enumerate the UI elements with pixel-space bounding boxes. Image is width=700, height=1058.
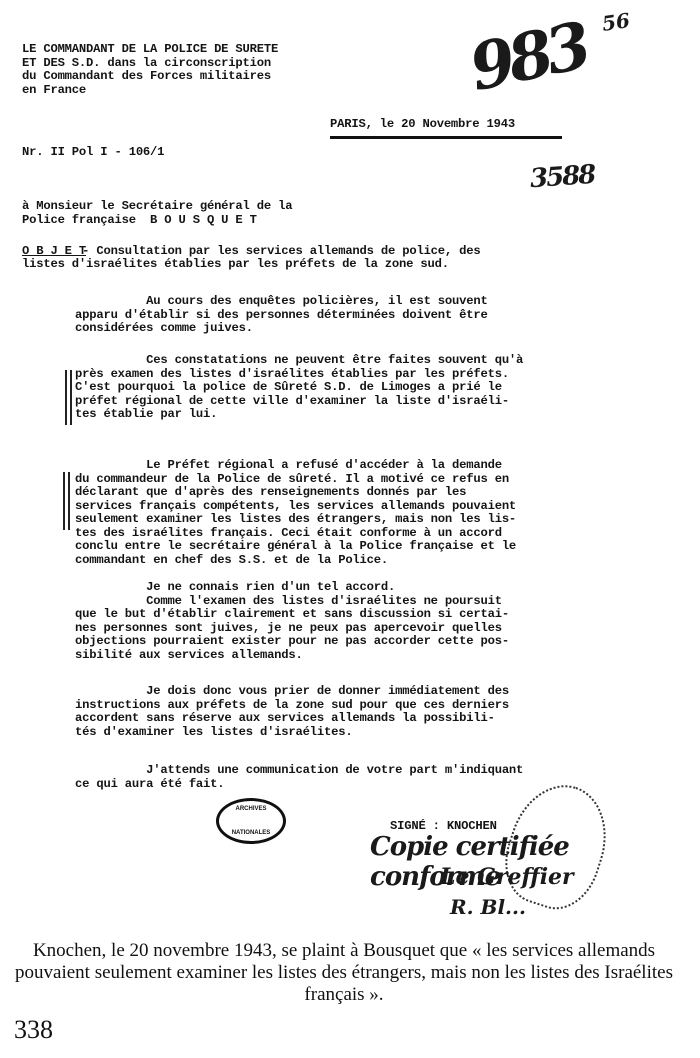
stamp-text-bottom: NATIONALES bbox=[219, 830, 283, 836]
archive-number: 983 bbox=[463, 9, 592, 106]
certification-line: Le Greffier bbox=[440, 864, 574, 890]
addressee-line: Police française B O U S Q U E T bbox=[22, 214, 292, 228]
letterhead: LE COMMANDANT DE LA POLICE DE SURETEET D… bbox=[22, 43, 278, 97]
subject-text-line2: listes d'israélites établies par les pré… bbox=[22, 258, 449, 272]
letterhead-line: en France bbox=[22, 84, 278, 98]
letterhead-line: ET DES S.D. dans la circonscription bbox=[22, 57, 278, 71]
reference-number: Nr. II Pol I - 106/1 bbox=[22, 146, 164, 160]
body-paragraph: Le Préfet régional a refusé d'accéder à … bbox=[75, 459, 516, 567]
figure-caption: Knochen, le 20 novembre 1943, se plaint … bbox=[14, 940, 674, 1006]
certification-signature: R. Bl... bbox=[450, 895, 526, 919]
letterhead-line: LE COMMANDANT DE LA POLICE DE SURETE bbox=[22, 43, 278, 57]
body-paragraph: Je dois donc vous prier de donner immédi… bbox=[75, 685, 509, 739]
body-paragraph: Ces constatations ne peuvent être faites… bbox=[75, 354, 523, 422]
place-date: PARIS, le 20 Novembre 1943 bbox=[330, 118, 515, 132]
addressee: à Monsieur le Secrétaire général de laPo… bbox=[22, 200, 292, 227]
date-underline bbox=[330, 136, 562, 139]
archives-stamp: ARCHIVES NATIONALES bbox=[216, 798, 286, 844]
margin-mark bbox=[65, 370, 72, 425]
page-number: 338 bbox=[14, 1015, 53, 1045]
margin-mark bbox=[63, 472, 70, 530]
archive-number-suffix: 56 bbox=[600, 8, 631, 36]
body-paragraph: J'attends une communication de votre par… bbox=[75, 764, 523, 791]
body-paragraph: Au cours des enquêtes policières, il est… bbox=[75, 295, 488, 336]
letterhead-line: du Commandant des Forces militaires bbox=[22, 70, 278, 84]
body-paragraph: Je ne connais rien d'un tel accord. Comm… bbox=[75, 581, 509, 662]
stamp-text-top: ARCHIVES bbox=[219, 806, 283, 812]
addressee-line: à Monsieur le Secrétaire général de la bbox=[22, 200, 292, 214]
registration-number: 3588 bbox=[529, 160, 595, 194]
